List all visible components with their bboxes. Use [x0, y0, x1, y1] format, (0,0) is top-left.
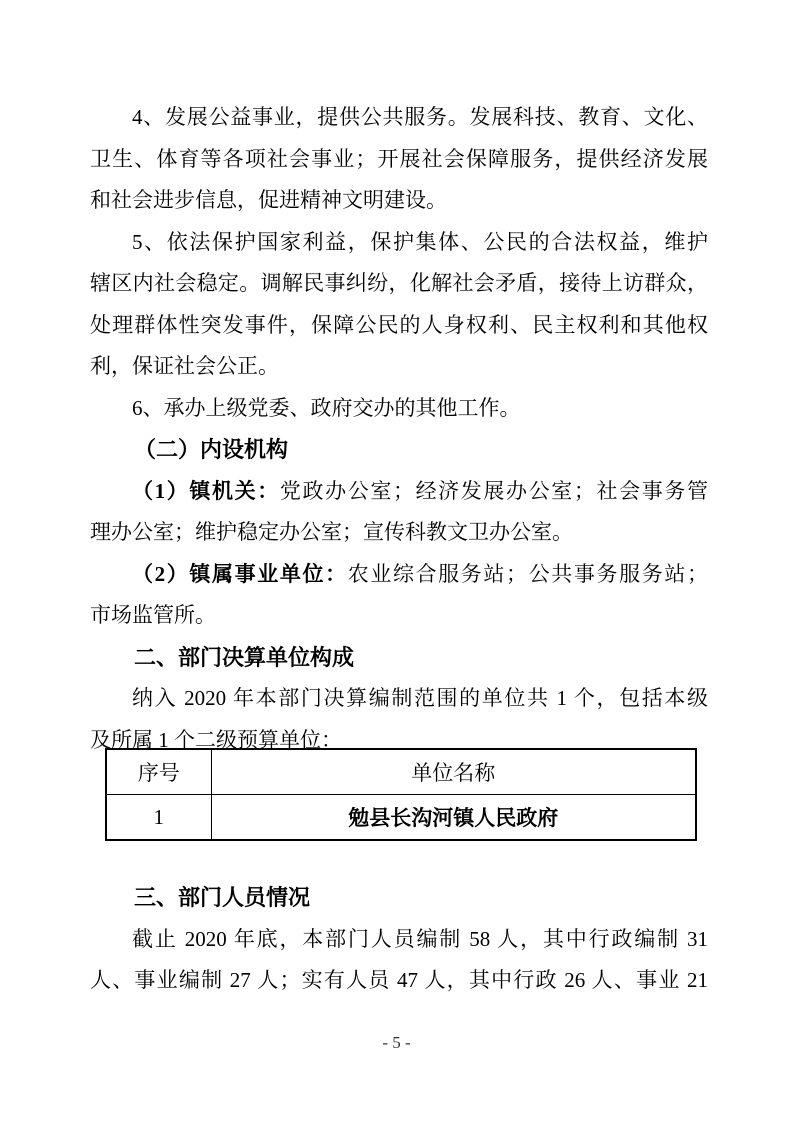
text-line: 辖区内社会稳定。调解民事纠纷，化解社会矛盾，接待上访群众， — [90, 263, 708, 305]
text-line: 利，保证社会公正。 — [90, 346, 708, 388]
text-line: 截止 2020 年底，本部门人员编制 58 人，其中行政编制 31 — [90, 919, 708, 961]
table-row: 1 勉县长沟河镇人民政府 — [106, 795, 696, 841]
section-heading-internal-orgs: （二）内设机构 — [90, 429, 708, 471]
text-line: 6、承办上级党委、政府交办的其他工作。 — [90, 388, 708, 430]
unit-table: 序号 单位名称 1 勉县长沟河镇人民政府 — [105, 748, 697, 841]
text-run: 党政办公室；经济发展办公室；社会事务管 — [280, 479, 708, 503]
text-line: 5、依法保护国家利益，保护集体、公民的合法权益，维护 — [90, 222, 708, 264]
document-body: 4、发展公益事业，提供公共服务。发展科技、教育、文化、 卫生、体育等各项社会事业… — [90, 97, 708, 1002]
bold-run: （1）镇机关： — [132, 479, 280, 503]
cell-unit-name: 勉县长沟河镇人民政府 — [211, 795, 696, 841]
text-line: 市场监管所。 — [90, 595, 708, 637]
text-line: （2）镇属事业单位：农业综合服务站；公共事务服务站； — [90, 554, 708, 596]
section-heading-unit-composition: 二、部门决算单位构成 — [90, 637, 708, 679]
section-heading-personnel: 三、部门人员情况 — [90, 877, 708, 919]
text-line: 人、事业编制 27 人；实有人员 47 人，其中行政 26 人、事业 21 — [90, 960, 708, 1002]
text-line: 处理群体性突发事件，保障公民的人身权利、民主权利和其他权 — [90, 305, 708, 347]
document-page: 4、发展公益事业，提供公共服务。发展科技、教育、文化、 卫生、体育等各项社会事业… — [0, 0, 793, 1122]
text-line: 卫生、体育等各项社会事业；开展社会保障服务，提供经济发展 — [90, 139, 708, 181]
text-line: 4、发展公益事业，提供公共服务。发展科技、教育、文化、 — [90, 97, 708, 139]
page-number: - 5 - — [0, 1033, 793, 1053]
text-line: （1）镇机关：党政办公室；经济发展办公室；社会事务管 — [90, 471, 708, 513]
text-run: 农业综合服务站；公共事务服务站； — [348, 562, 708, 586]
text-line: 纳入 2020 年本部门决算编制范围的单位共 1 个，包括本级 — [90, 678, 708, 720]
cell-index: 1 — [106, 795, 211, 841]
text-line: 和社会进步信息，促进精神文明建设。 — [90, 180, 708, 222]
text-line: 理办公室；维护稳定办公室；宣传科教文卫办公室。 — [90, 512, 708, 554]
bold-run: （2）镇属事业单位： — [132, 562, 348, 586]
vertical-spacer — [90, 841, 708, 877]
